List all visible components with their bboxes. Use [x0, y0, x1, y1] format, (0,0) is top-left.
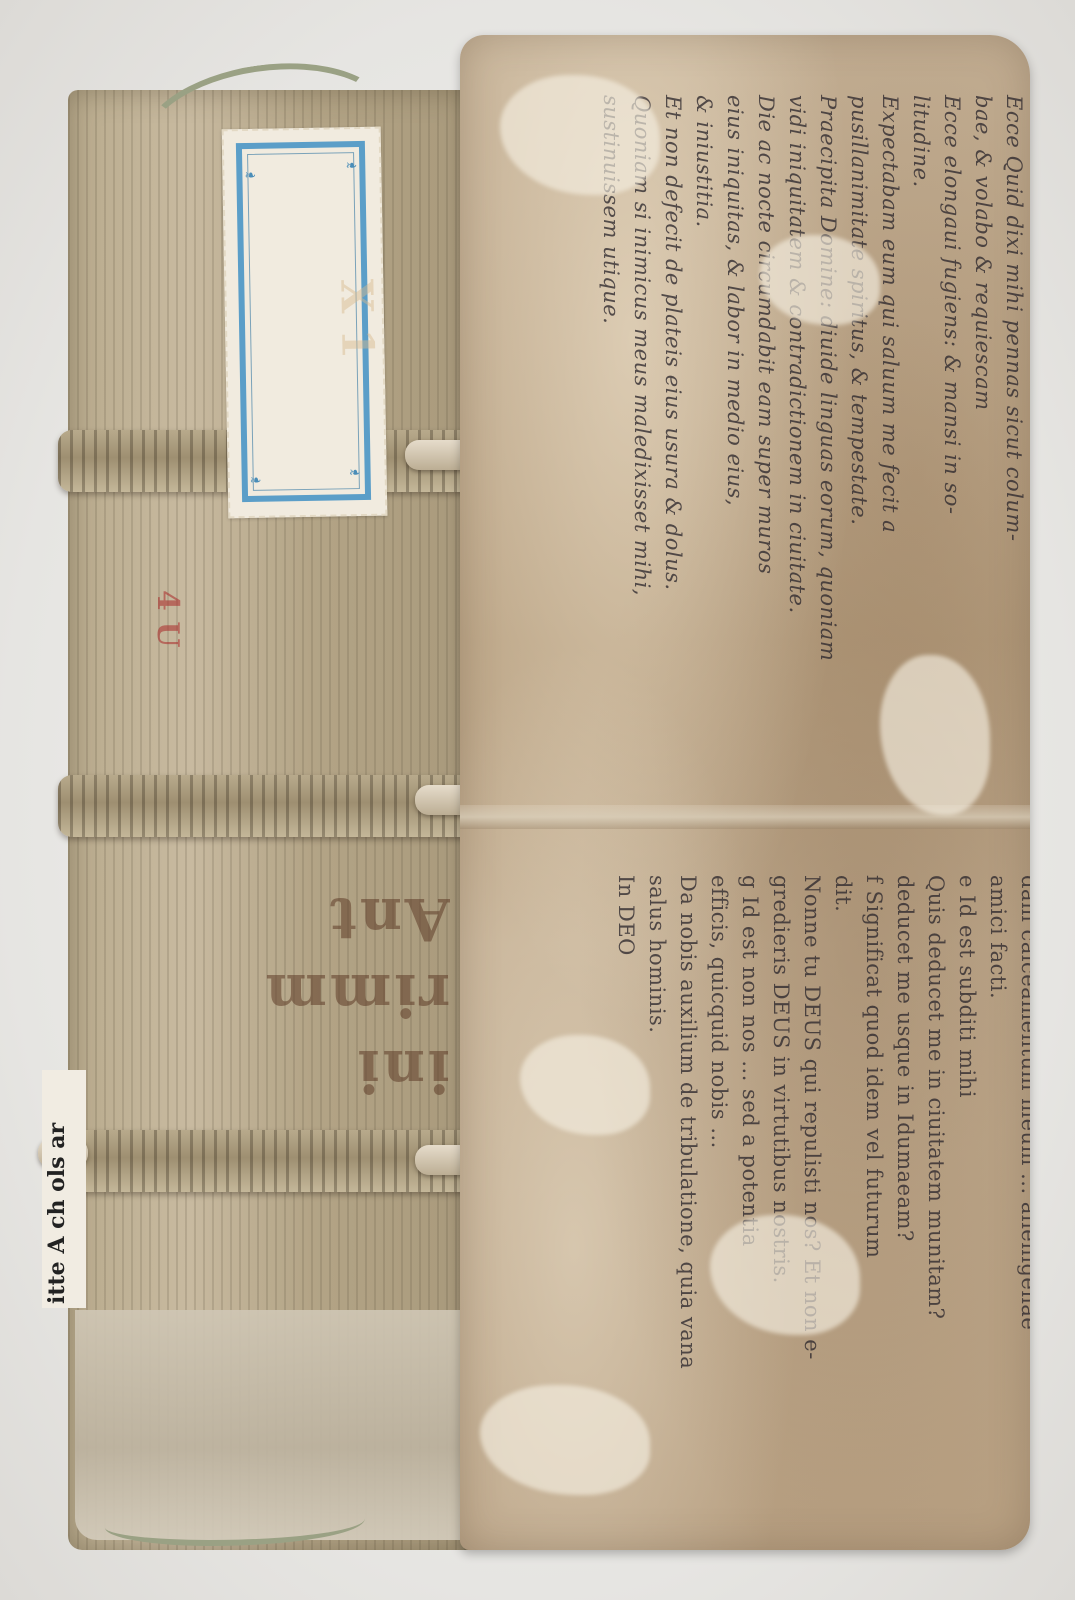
text-line: Et non defecit de plateis eius usura & d…	[657, 95, 688, 795]
text-line: vidi iniquitatem & contradictionem in ci…	[781, 95, 812, 795]
text-line: sustinuissem utique.	[595, 95, 626, 795]
text-line: e Id est subditi mihi	[951, 875, 982, 1515]
shelf-label: ❧ ❧ ❧ ❧ X 1	[222, 127, 388, 519]
text-line: Nonne tu DEUS qui repulisti nos? Et non …	[796, 875, 827, 1515]
spine-title-line: ini	[90, 1037, 450, 1105]
corner-ornament-icon: ❧	[250, 474, 262, 488]
wear-patch	[480, 1385, 650, 1495]
torn-page-fragment: itte A ch ols ar	[42, 1070, 86, 1308]
text-line: Die ac nocte circumdabit eam super muros	[750, 95, 781, 795]
text-line: Quoniam si inimicus meus maledixisset mi…	[626, 95, 657, 795]
text-line: g Id est non nos ... sed a potentia	[734, 875, 765, 1515]
red-ink-mark: 4 U	[145, 590, 185, 680]
corner-ornament-icon: ❧	[244, 169, 256, 183]
text-line: pusillanimitate spiritus, & tempestate.	[843, 95, 874, 795]
text-line: deducet me usque in Idumaeam?	[889, 875, 920, 1515]
text-line: ruit me tenebris	[1029, 95, 1030, 795]
spine-title-faded: Ant rimm ini	[90, 880, 450, 1110]
text-line: amici facti.	[982, 875, 1013, 1515]
text-line: Quis deducet me in ciuitatem munitam?	[920, 875, 951, 1515]
text-line: dam calceamentum meum ... alienigenae	[1013, 875, 1030, 1515]
text-line: gredieris DEUS in virtutibus nostris.	[765, 875, 796, 1515]
corner-ornament-icon: ❧	[345, 159, 357, 173]
text-line: & iniustitia.	[688, 95, 719, 795]
text-line: Ecce Quid dixi mihi pennas sicut colum-	[998, 95, 1029, 795]
wear-patch	[500, 75, 660, 195]
front-cover: Persequentur me, & ope- ruit me tenebris…	[460, 35, 1030, 1550]
spine-title-line: rimm	[90, 961, 450, 1029]
wear-patch	[520, 1035, 650, 1135]
text-line: salus hominis.	[641, 875, 672, 1515]
shelf-label-text: X 1	[226, 279, 382, 362]
text-line: Da nobis auxilium de tribulatione, quia …	[672, 875, 703, 1515]
antique-book: 4 U Ant rimm ini ❧ ❧ ❧ ❧ X 1 itte A ch o…	[20, 30, 1050, 1570]
text-line: Praecipita Domine: diuide linguas eorum,…	[812, 95, 843, 795]
text-line: eius iniquitas, & labor in medio eius,	[719, 95, 750, 795]
text-line: f Significat quod idem vel futurum	[858, 875, 889, 1515]
cover-text-lower: Memor fui ... & manifestus nobis in omni…	[610, 875, 1030, 1515]
text-line: efficis, quicquid nobis ...	[703, 875, 734, 1515]
text-line: dit.	[827, 875, 858, 1515]
corner-ornament-icon: ❧	[349, 466, 361, 480]
spine-title-line: Ant	[90, 885, 450, 953]
